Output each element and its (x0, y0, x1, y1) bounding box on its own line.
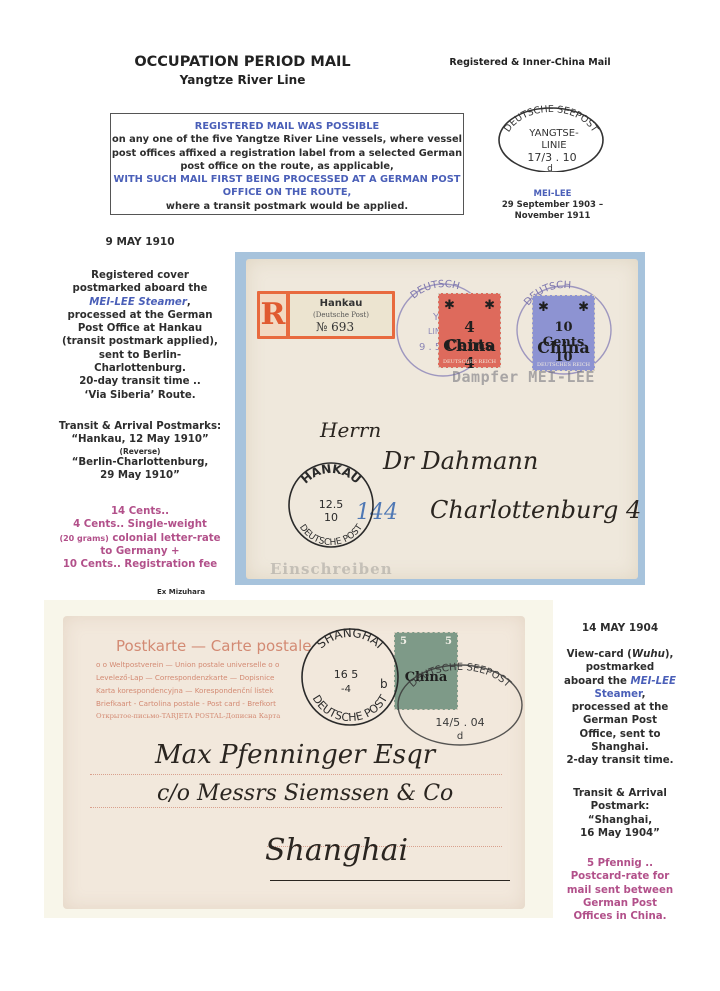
svg-text:DEUTSCHE SEEPOST: DEUTSCHE SEEPOST (407, 662, 513, 690)
registration-post: (Deutsche Post) (290, 311, 392, 319)
star-icon: ✱ (444, 298, 455, 313)
postmark-entry: 29 May 1910” (40, 469, 240, 482)
desc-text: ), (665, 649, 674, 660)
postcard-heading: Postkarte — Carte postale (116, 637, 312, 655)
item1-rate: 14 Cents.. 4 Cents.. Single-weight (20 g… (40, 505, 240, 571)
handwritten-name: Dr Dahmann (383, 447, 538, 475)
handwritten-city: Shanghai (265, 833, 408, 868)
postcard-line: Levelező-Lap — Correspondenzkarte — Dopi… (96, 673, 274, 682)
steamer-name: Steamer (595, 689, 642, 700)
handwritten-city: Charlottenburg 4 (430, 496, 641, 524)
hankau-postmark: HANKAU 12.5 10 DEUTSCHE POST (283, 457, 378, 552)
desc-line: Registered cover (40, 269, 240, 282)
info-line: post office on the route, as applicable, (111, 160, 463, 173)
desc-line: Office, sent to (550, 728, 690, 741)
postcard-line: Открытое-письмо-TARJETA POSTAL-Дописна К… (96, 712, 280, 720)
desc-line: (transit postmark applied), (40, 335, 240, 348)
address-line (90, 774, 502, 775)
desc-line: Charlottenburg. (40, 362, 240, 375)
rate-weight: (20 grams) (59, 534, 108, 543)
stamp-footer: DEUTSCHES REICH (439, 359, 500, 365)
rate-line: German Post (550, 897, 690, 910)
info-line: where a transit postmark would be applie… (111, 200, 463, 213)
steamer-name: MEI-LEE (630, 676, 676, 687)
desc-line: View-card (Wuhu), (550, 648, 690, 661)
rate-line: 10 Cents.. Registration fee (40, 558, 240, 571)
steamer-name: MEI-LEE Steamer (89, 297, 187, 308)
stamp-overprint-china: China (533, 338, 594, 357)
seepost-postmark-image: DEUTSCHE SEEPOST YANGTSE- LINIE 17/3 . 1… (496, 104, 606, 172)
rate-line: Offices in China. (550, 910, 690, 923)
postmark-entry: “Hankau, 12 May 1910” (40, 433, 240, 446)
address-line (90, 807, 502, 808)
postmark-entry: 16 May 1904” (550, 827, 690, 840)
rate-line: 5 Pfennig .. (550, 857, 690, 870)
postmark-entry: “Shanghai, (550, 814, 690, 827)
postmark-entry: “Berlin-Charlottenburg, (40, 456, 240, 469)
postmarks-heading: Transit & Arrival Postmarks: (40, 420, 240, 433)
ship-cachet: Dampfer MEI-LEE (452, 368, 595, 386)
desc-line: sent to Berlin- (40, 349, 240, 362)
svg-text:HANKAU: HANKAU (298, 462, 363, 487)
postmark-date: 12.5 (319, 498, 344, 511)
postmark-letter: d (457, 731, 463, 742)
postmark-letter: d (547, 164, 553, 172)
postmarks-heading: Transit & Arrival (550, 787, 690, 800)
desc-line: aboard the MEI-LEE (550, 675, 690, 688)
vessel-info: MEI-LEE 29 September 1903 – November 191… (490, 189, 615, 222)
postmarks-heading: Postmark: (550, 800, 690, 813)
svg-text:SHANGHAI: SHANGHAI (314, 626, 386, 651)
registration-cachet: Einschreiben (270, 560, 393, 578)
postmark-letter: b (380, 677, 388, 691)
postmark-date: 14/5 . 04 (435, 716, 484, 729)
desc-line: Post Office at Hankau (40, 322, 240, 335)
item2-description: View-card (Wuhu), postmarked aboard the … (550, 648, 690, 768)
page-title: OCCUPATION PERIOD MAIL (120, 54, 365, 70)
star-icon: ✱ (484, 298, 495, 313)
desc-place: Wuhu (632, 649, 665, 660)
desc-line: Shanghai. (550, 741, 690, 754)
vessel-period: 29 September 1903 – (490, 200, 615, 211)
rate-line: (20 grams) colonial letter-rate (40, 532, 240, 545)
desc-text: View-card ( (567, 649, 632, 660)
desc-line: MEI-LEE Steamer, (40, 296, 240, 309)
desc-line: postmarked (550, 661, 690, 674)
item2-rate: 5 Pfennig .. Postcard-rate for mail sent… (550, 857, 690, 923)
star-icon: ✱ (578, 300, 589, 315)
postmark-year: -4 (341, 684, 351, 695)
rate-line: Postcard-rate for (550, 870, 690, 883)
registration-city: Hankau (290, 298, 392, 309)
registration-letter: R (260, 294, 286, 336)
desc-line: postmarked aboard the (40, 282, 240, 295)
info-emphasis: OFFICE ON THE ROUTE, (111, 186, 463, 199)
postcard-line: Briefkaart - Cartolina postale - Post ca… (96, 699, 276, 708)
svg-text:DEUTSCHE POST: DEUTSCHE POST (310, 693, 391, 725)
handwritten-name: Max Pfenninger Esqr (155, 740, 435, 770)
item1-postmarks: Transit & Arrival Postmarks: “Hankau, 12… (40, 420, 240, 482)
postmark-line: YANGTSE- (528, 128, 579, 139)
section-heading: Registered & Inner-China Mail (440, 57, 620, 68)
desc-line: processed at the German (40, 309, 240, 322)
info-headline: REGISTERED MAIL WAS POSSIBLE (111, 120, 463, 133)
rate-line: mail sent between (550, 884, 690, 897)
shanghai-postmark: SHANGHAI 16 5 -4 b DEUTSCHE POST (298, 622, 402, 732)
rate-line: 14 Cents.. (40, 505, 240, 518)
stamp-10-cents: ✱ ✱ 10 Cents 10 China DEUTSCHES REICH (532, 295, 595, 371)
postcard-line: o o Weltpostverein — Union postale unive… (96, 660, 279, 669)
provenance: Ex Mizuhara (157, 588, 205, 596)
info-line: post offices affixed a registration labe… (111, 147, 463, 160)
rate-line: 4 Cents.. Single-weight (40, 518, 240, 531)
info-line: on any one of the five Yangtze River Lin… (111, 133, 463, 146)
rate-line: to Germany + (40, 545, 240, 558)
item1-date: 9 MAY 1910 (40, 236, 240, 249)
postcard-line: Karta korespondencyjna — Korespondenční … (96, 686, 273, 695)
postmark-line: LINIE (541, 140, 566, 151)
registration-number: № 693 (316, 320, 354, 334)
postmark-arc-text: SHANGHAI (314, 626, 386, 651)
page-subtitle: Yangtze River Line (120, 73, 365, 87)
desc-line: ‘Via Siberia’ Route. (40, 389, 240, 402)
underline-stroke (270, 880, 510, 881)
info-box: REGISTERED MAIL WAS POSSIBLE on any one … (110, 113, 464, 215)
seepost-cancel: DEUTSCHE SEEPOST 14/5 . 04 d (390, 660, 530, 750)
stamp-value: 5 (445, 636, 452, 647)
punct: , (187, 297, 191, 308)
postmark-year: 10 (324, 511, 338, 524)
stamp-overprint-china: China (439, 336, 500, 355)
vessel-name: MEI-LEE (490, 189, 615, 200)
desc-line: German Post (550, 714, 690, 727)
desc-line: 20-day transit time .. (40, 375, 240, 388)
svg-text:DEUTSCHE POST: DEUTSCHE POST (297, 522, 365, 548)
item1-description: Registered cover postmarked aboard the M… (40, 269, 240, 402)
desc-line: processed at the (550, 701, 690, 714)
postmark-arc-text: DEUTSCHE SEEPOST (407, 662, 513, 690)
postmark-date: 16 5 (334, 668, 359, 681)
postmark-bottom-text: DEUTSCHE POST (297, 522, 365, 548)
rate-text: colonial letter-rate (112, 533, 220, 544)
postmark-date: 17/3 . 10 (527, 151, 576, 164)
postmark-note: (Reverse) (40, 447, 240, 456)
desc-text: aboard the (564, 676, 630, 687)
vessel-period: November 1911 (490, 211, 615, 222)
postmark-arc-text: HANKAU (298, 462, 363, 487)
handwritten-salutation: Herrn (320, 418, 381, 442)
desc-line: 2-day transit time. (550, 754, 690, 767)
item2-postmarks: Transit & Arrival Postmark: “Shanghai, 1… (550, 787, 690, 840)
star-icon: ✱ (538, 300, 549, 315)
stamp-4-cents: ✱ ✱ 4 Cents 4 China DEUTSCHES REICH (438, 293, 501, 368)
info-emphasis: WITH SUCH MAIL FIRST BEING PROCESSED AT … (111, 173, 463, 186)
handwritten-care-of: c/o Messrs Siemssen & Co (157, 781, 453, 806)
item2-date: 14 MAY 1904 (550, 622, 690, 635)
postmark-bottom-text: DEUTSCHE POST (310, 693, 391, 725)
desc-line: Steamer, (550, 688, 690, 701)
